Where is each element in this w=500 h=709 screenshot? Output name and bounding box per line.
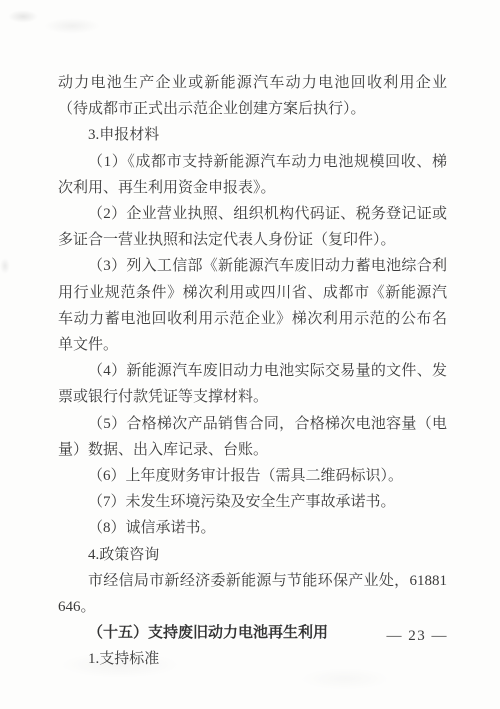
- list-item-1: （1）《成都市支持新能源汽车动力电池规模回收、梯次利用、再生利用资金申报表》。: [58, 149, 447, 201]
- list-item-2: （2）企业营业执照、组织机构代码证、税务登记证或多证合一营业执照和法定代表人身份…: [58, 201, 447, 253]
- list-item-6: （6）上年度财务审计报告（需具二维码标识）。: [58, 463, 447, 489]
- scan-artifact: [8, 10, 38, 23]
- page-number: — 23 —: [387, 628, 449, 645]
- scan-artifact: [0, 258, 10, 274]
- paragraph-contact-info: 市经信局市新经济委新能源与节能环保产业处，61881646。: [58, 568, 447, 620]
- scan-artifact: [44, 18, 100, 34]
- heading-3-application-materials: 3.申报材料: [58, 122, 447, 148]
- heading-4-policy-consultation: 4.政策咨询: [58, 542, 447, 568]
- document-body: 动力电池生产企业或新能源汽车动力电池回收利用企业（待成都市正式出示范企业创建方案…: [58, 70, 447, 673]
- document-page: 动力电池生产企业或新能源汽车动力电池回收利用企业（待成都市正式出示范企业创建方案…: [0, 0, 500, 709]
- list-item-7: （7）未发生环境污染及安全生产事故承诺书。: [58, 489, 447, 515]
- list-item-4: （4）新能源汽车废旧动力电池实际交易量的文件、发票或银行付款凭证等支撑材料。: [58, 358, 447, 410]
- list-item-3: （3）列入工信部《新能源汽车废旧动力蓄电池综合利用行业规范条件》梯次利用或四川省…: [58, 253, 447, 358]
- heading-1-support-standard: 1.支持标准: [58, 646, 447, 672]
- list-item-8: （8）诚信承诺书。: [58, 515, 447, 541]
- paragraph-continued-from-previous-page: 动力电池生产企业或新能源汽车动力电池回收利用企业（待成都市正式出示范企业创建方案…: [58, 70, 447, 122]
- list-item-5: （5）合格梯次产品销售合同，合格梯次电池容量（电量）数据、出入库记录、台账。: [58, 411, 447, 463]
